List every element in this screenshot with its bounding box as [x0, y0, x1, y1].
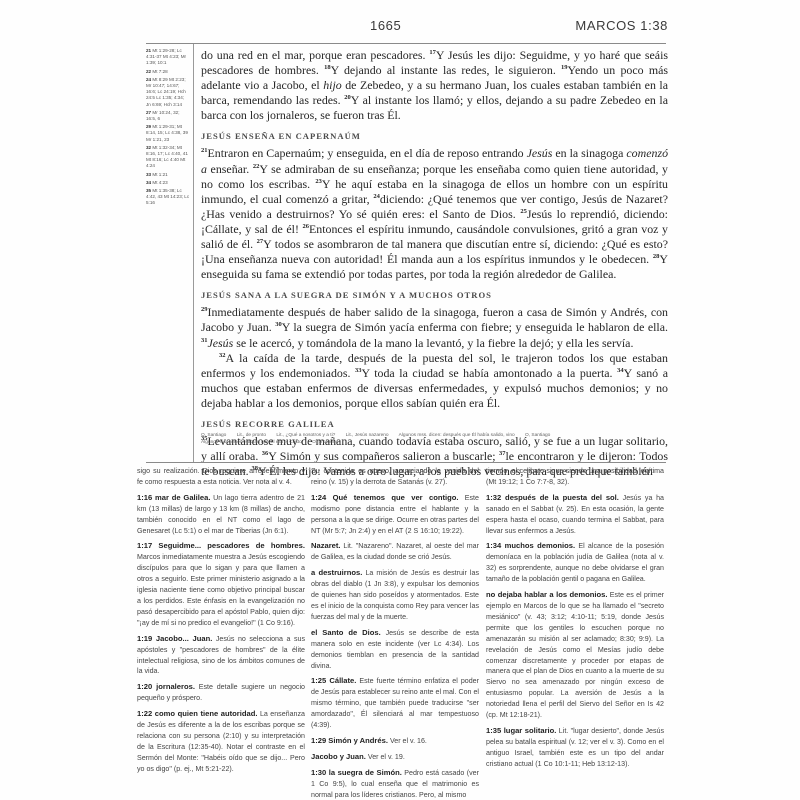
book-chapter-reference: MARCOS 1:38: [575, 18, 668, 33]
study-note: 1:30 la suegra de Simón. Pedro está casa…: [311, 768, 479, 800]
study-note: 1:19 Jacobo... Juan. Jesús no selecciona…: [137, 634, 305, 678]
study-note: 1:17 Seguidme... pescadores de hombres. …: [137, 541, 305, 628]
footnote: O, Santiago: [525, 433, 550, 438]
cross-reference: 24 Mt 8:29 Mt 2:23; Mr 10:47; 14:67; 16:…: [146, 77, 190, 108]
cross-reference: 22 Mt 7:28: [146, 69, 190, 75]
cross-reference: 32 Mt 1:32-34; Mt 8:16, 17; Lc 4:40, 41 …: [146, 145, 190, 170]
study-note: 1:22 como quien tiene autoridad. La ense…: [137, 709, 305, 774]
study-note: 1:29 Simón y Andrés. Ver el v. 16.: [311, 736, 479, 747]
cross-reference: 34 Mt 4:23: [146, 180, 190, 186]
scripture-text: do una red en el mar, porque eran pescad…: [201, 48, 668, 479]
study-note: 1:35 lugar solitario. Lit. "lugar desier…: [486, 726, 664, 770]
study-note: Jacobo y Juan. Ver el v. 19.: [311, 752, 479, 763]
paragraph: 29Inmediatamente después de haber salido…: [201, 305, 668, 350]
study-notes-column-3: tiempo, el celibato sigue siendo una pos…: [486, 466, 664, 775]
footnote: O, Santiago: [201, 433, 226, 438]
study-note: a destruirnos. La misión de Jesús es des…: [311, 568, 479, 623]
paragraph: do una red en el mar, porque eran pescad…: [201, 48, 668, 123]
study-note: 1:34 muchos demonios. El alcance de la p…: [486, 541, 664, 585]
study-note: 1:32 después de la puesta del sol. Jesús…: [486, 493, 664, 537]
section-heading: Jesús recorre Galilea: [201, 418, 668, 430]
study-note: tiempo, el celibato sigue siendo una pos…: [486, 466, 664, 488]
paragraph: 32A la caída de la tarde, después de la …: [201, 351, 668, 411]
section-heading: Jesús enseña en Capernaúm: [201, 130, 668, 142]
study-note: Su contenido es nuevo, anunciando la ven…: [311, 466, 479, 488]
bible-page: 1665 MARCOS 1:38 21 Mt 1:29-28; Lc 4:31-…: [0, 0, 800, 800]
page-number: 1665: [370, 18, 401, 33]
study-note: 1:20 jornaleros. Este detalle sugiere un…: [137, 682, 305, 704]
column-divider: [193, 44, 194, 463]
study-note: sigo su realización. Dios requiere arrep…: [137, 466, 305, 488]
cross-reference: 21 Mt 1:29-28; Lc 4:31-37 Mt 4:23; Mr 1:…: [146, 48, 190, 67]
footnote: Lit., ¿Qué a nosotros y a ti?: [276, 433, 335, 438]
study-note: no dejaba hablar a los demonios. Este es…: [486, 590, 664, 721]
section-heading: Jesús sana a la suegra de Simón y a much…: [201, 289, 668, 301]
cross-reference: 33 Mt 1:21: [146, 172, 190, 178]
footnote: Lit., de pronto: [237, 433, 266, 438]
footnote: Lit., Jesús nazareno: [346, 433, 389, 438]
paragraph: 21Entraron en Capernaúm; y enseguida, en…: [201, 146, 668, 282]
study-note: el Santo de Dios. Jesús se describe de e…: [311, 628, 479, 672]
running-header: 1665 MARCOS 1:38: [140, 18, 668, 38]
translation-footnotes: O, Santiago Lit., de pronto Lit., ¿Qué a…: [201, 432, 666, 446]
study-note: 1:25 Cállate. Este fuerte término enfati…: [311, 676, 479, 731]
footnote: Algunos mss. dicen: después que Él había…: [399, 433, 515, 438]
study-note: 1:24 Qué tenemos que ver contigo. Este m…: [311, 493, 479, 537]
study-notes-column-1: sigo su realización. Dios requiere arrep…: [137, 466, 305, 780]
cross-reference-column: 21 Mt 1:29-28; Lc 4:31-37 Mt 4:23; Mr 1:…: [146, 48, 190, 438]
study-note: 1:16 mar de Galilea. Un lago tierra aden…: [137, 493, 305, 537]
cross-reference: 29 Mt 1:29-31; Mt 8:14, 15; Lc 4:38, 39 …: [146, 124, 190, 143]
cross-reference: 27 Mr 10:24, 32; 16:5, 6: [146, 110, 190, 122]
footnote: O, proclame: [312, 440, 338, 445]
study-note: Nazaret. Lit. "Nazareno". Nazaret, al oe…: [311, 541, 479, 563]
footnote: Algunos mss. dicen: sabían que Él era el…: [201, 440, 302, 445]
study-notes-column-2: Su contenido es nuevo, anunciando la ven…: [311, 466, 479, 800]
notes-divider: [146, 462, 666, 463]
top-divider: [146, 43, 666, 44]
cross-reference: 35 Mt 1:35-38; Lc 4:42, 43 Mt 14:23; Lc …: [146, 188, 190, 207]
